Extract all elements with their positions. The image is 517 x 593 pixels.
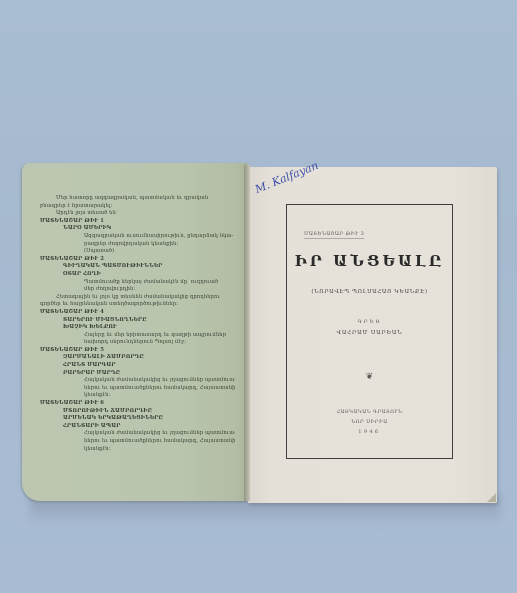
author-label: ԳՐԵՑ	[286, 319, 453, 325]
author-name: ՎԱՀՐԱՄ ՍԱՐԵԱՆ	[286, 330, 453, 336]
book-title: ԻՐ ԱՆՑԵԱԼԸ	[286, 252, 453, 270]
series-description-line: Հայկական ժամանակակից եւ յղացումներ պատմո…	[40, 430, 235, 438]
series-list: Մեր հատորը ազգագրական, պատմական եւ գրակա…	[40, 195, 235, 453]
series-heading: ՀՐԱՆՏ ՄԱՐԳԱՐ	[40, 362, 235, 370]
series-description-line: րագրեր ժողովրդական կեանքին:	[40, 241, 235, 249]
series-heading: ԳԻՒՂԱԿԱՆ ՊԱՏՄՈՒԹԻՒՆՆԵՐ	[40, 263, 235, 271]
book-subtitle: (ՆՈՐԱՎԷՊ ՊՈԼՍԱՀԱՅ ԿԵԱՆՔԷ)	[286, 289, 453, 295]
ornament-icon: ❦	[286, 372, 453, 382]
series-description-line: բնագրեր է հրատարակել:	[40, 203, 235, 211]
series-description-line: Հետագային եւ լոյս կը տեսնեն ժամանակակից …	[40, 294, 235, 302]
series-heading: ՏԱՐԵՐՈՒ ՄԻԱՑՆՈՂՆԵՐԸ	[40, 317, 235, 325]
series-heading: ԶԱՐՄԱՆԱԼԻ ՃԱՄԲՈՐԴԸ	[40, 354, 235, 362]
page-corner-fold	[487, 493, 496, 502]
series-heading: ՄԱՏԵՆԱՇԱՐ ԹԻՒ 5	[40, 347, 235, 355]
series-heading: ՀՐԱՆՏԱՐԻ ԱՊԱՐ	[40, 423, 235, 431]
series-description-line: Ազգագրական ուսումնասիրութիւն, ընդարձակ ն…	[40, 233, 235, 241]
series-heading: ՄԱՏԵՆԱՇԱՐ ԹԻՒ 6	[40, 400, 235, 408]
series-heading: ՕՏԱՐ ՀՈՂԻ	[40, 271, 235, 279]
series-description-line: (Սպառած)	[40, 248, 235, 256]
series-heading: ՄՏՈՐՈՒԹԻՒՆ ՃԱՄԲՈՐԴԻԸ	[40, 408, 235, 416]
series-description-line: Պատմուածք ներկայ ժամանակէն մը՝ ուղղուած	[40, 279, 235, 287]
series-description-line: կեանքէն:	[40, 446, 235, 454]
series-heading: ԲԱՐԵՐԱՐ ՄԱՐԴԸ	[40, 370, 235, 378]
series-description-line: մեր ժողովուրդին:	[40, 286, 235, 294]
publication-city: ՆՈՐ ՍԻՐԻԱ	[286, 420, 453, 425]
series-description-line: Արդէն լոյս տեսած են՝	[40, 210, 235, 218]
series-description-line: գործեր եւ հայրենական ստեղծագործութիւններ…	[40, 301, 235, 309]
series-heading: ՄԱՏԵՆԱՇԱՐ ԹԻՒ 4	[40, 309, 235, 317]
book-spine-gutter	[244, 165, 250, 501]
series-heading: ԱՐՄԵՆԱԿ ԵՐԿԱԹԱՂԵՑԻՆԵՐԸ	[40, 415, 235, 423]
series-description-line: Հայերը եւ մեր երիտասարդ եւ գաղթի ապրումն…	[40, 332, 235, 340]
series-heading: ՄԱՏԵՆԱՇԱՐ ԹԻՒ 1	[40, 218, 235, 226]
series-description-line: ներու եւ պատմուածքներու համակարգ, Հայաստ…	[40, 385, 235, 393]
series-description-line: ներու եւ պատմուածքներու համակարգ, Հայաստ…	[40, 438, 235, 446]
series-heading: ԽԱՉԻԿ ԽԵԼՔՈՒ	[40, 324, 235, 332]
series-heading: ՄԱՏԵՆԱՇԱՐ ԹԻՒ 2	[40, 256, 235, 264]
series-description-line: կեանքէն:	[40, 392, 235, 400]
series-description-line: Հայկական ժամանակակից եւ յղացումներ պատմո…	[40, 377, 235, 385]
publisher-name: ՀԱՅԿԱԿԱՆ ԳՐԱՏՈՒՆ	[286, 410, 453, 415]
series-description-line: նախորդ սերունդներուն Պոլսոյ մէջ:	[40, 339, 235, 347]
series-description-line: Մեր հատորը ազգագրական, պատմական եւ գրակա…	[40, 195, 235, 203]
series-number: ՄԱՏԵՆԱՇԱՐ ԹԻՒ 3	[304, 231, 364, 239]
publication-year: 1946	[286, 430, 453, 435]
series-heading: ՆԱՐՕ ԱՄԵՐԻԿ	[40, 225, 235, 233]
